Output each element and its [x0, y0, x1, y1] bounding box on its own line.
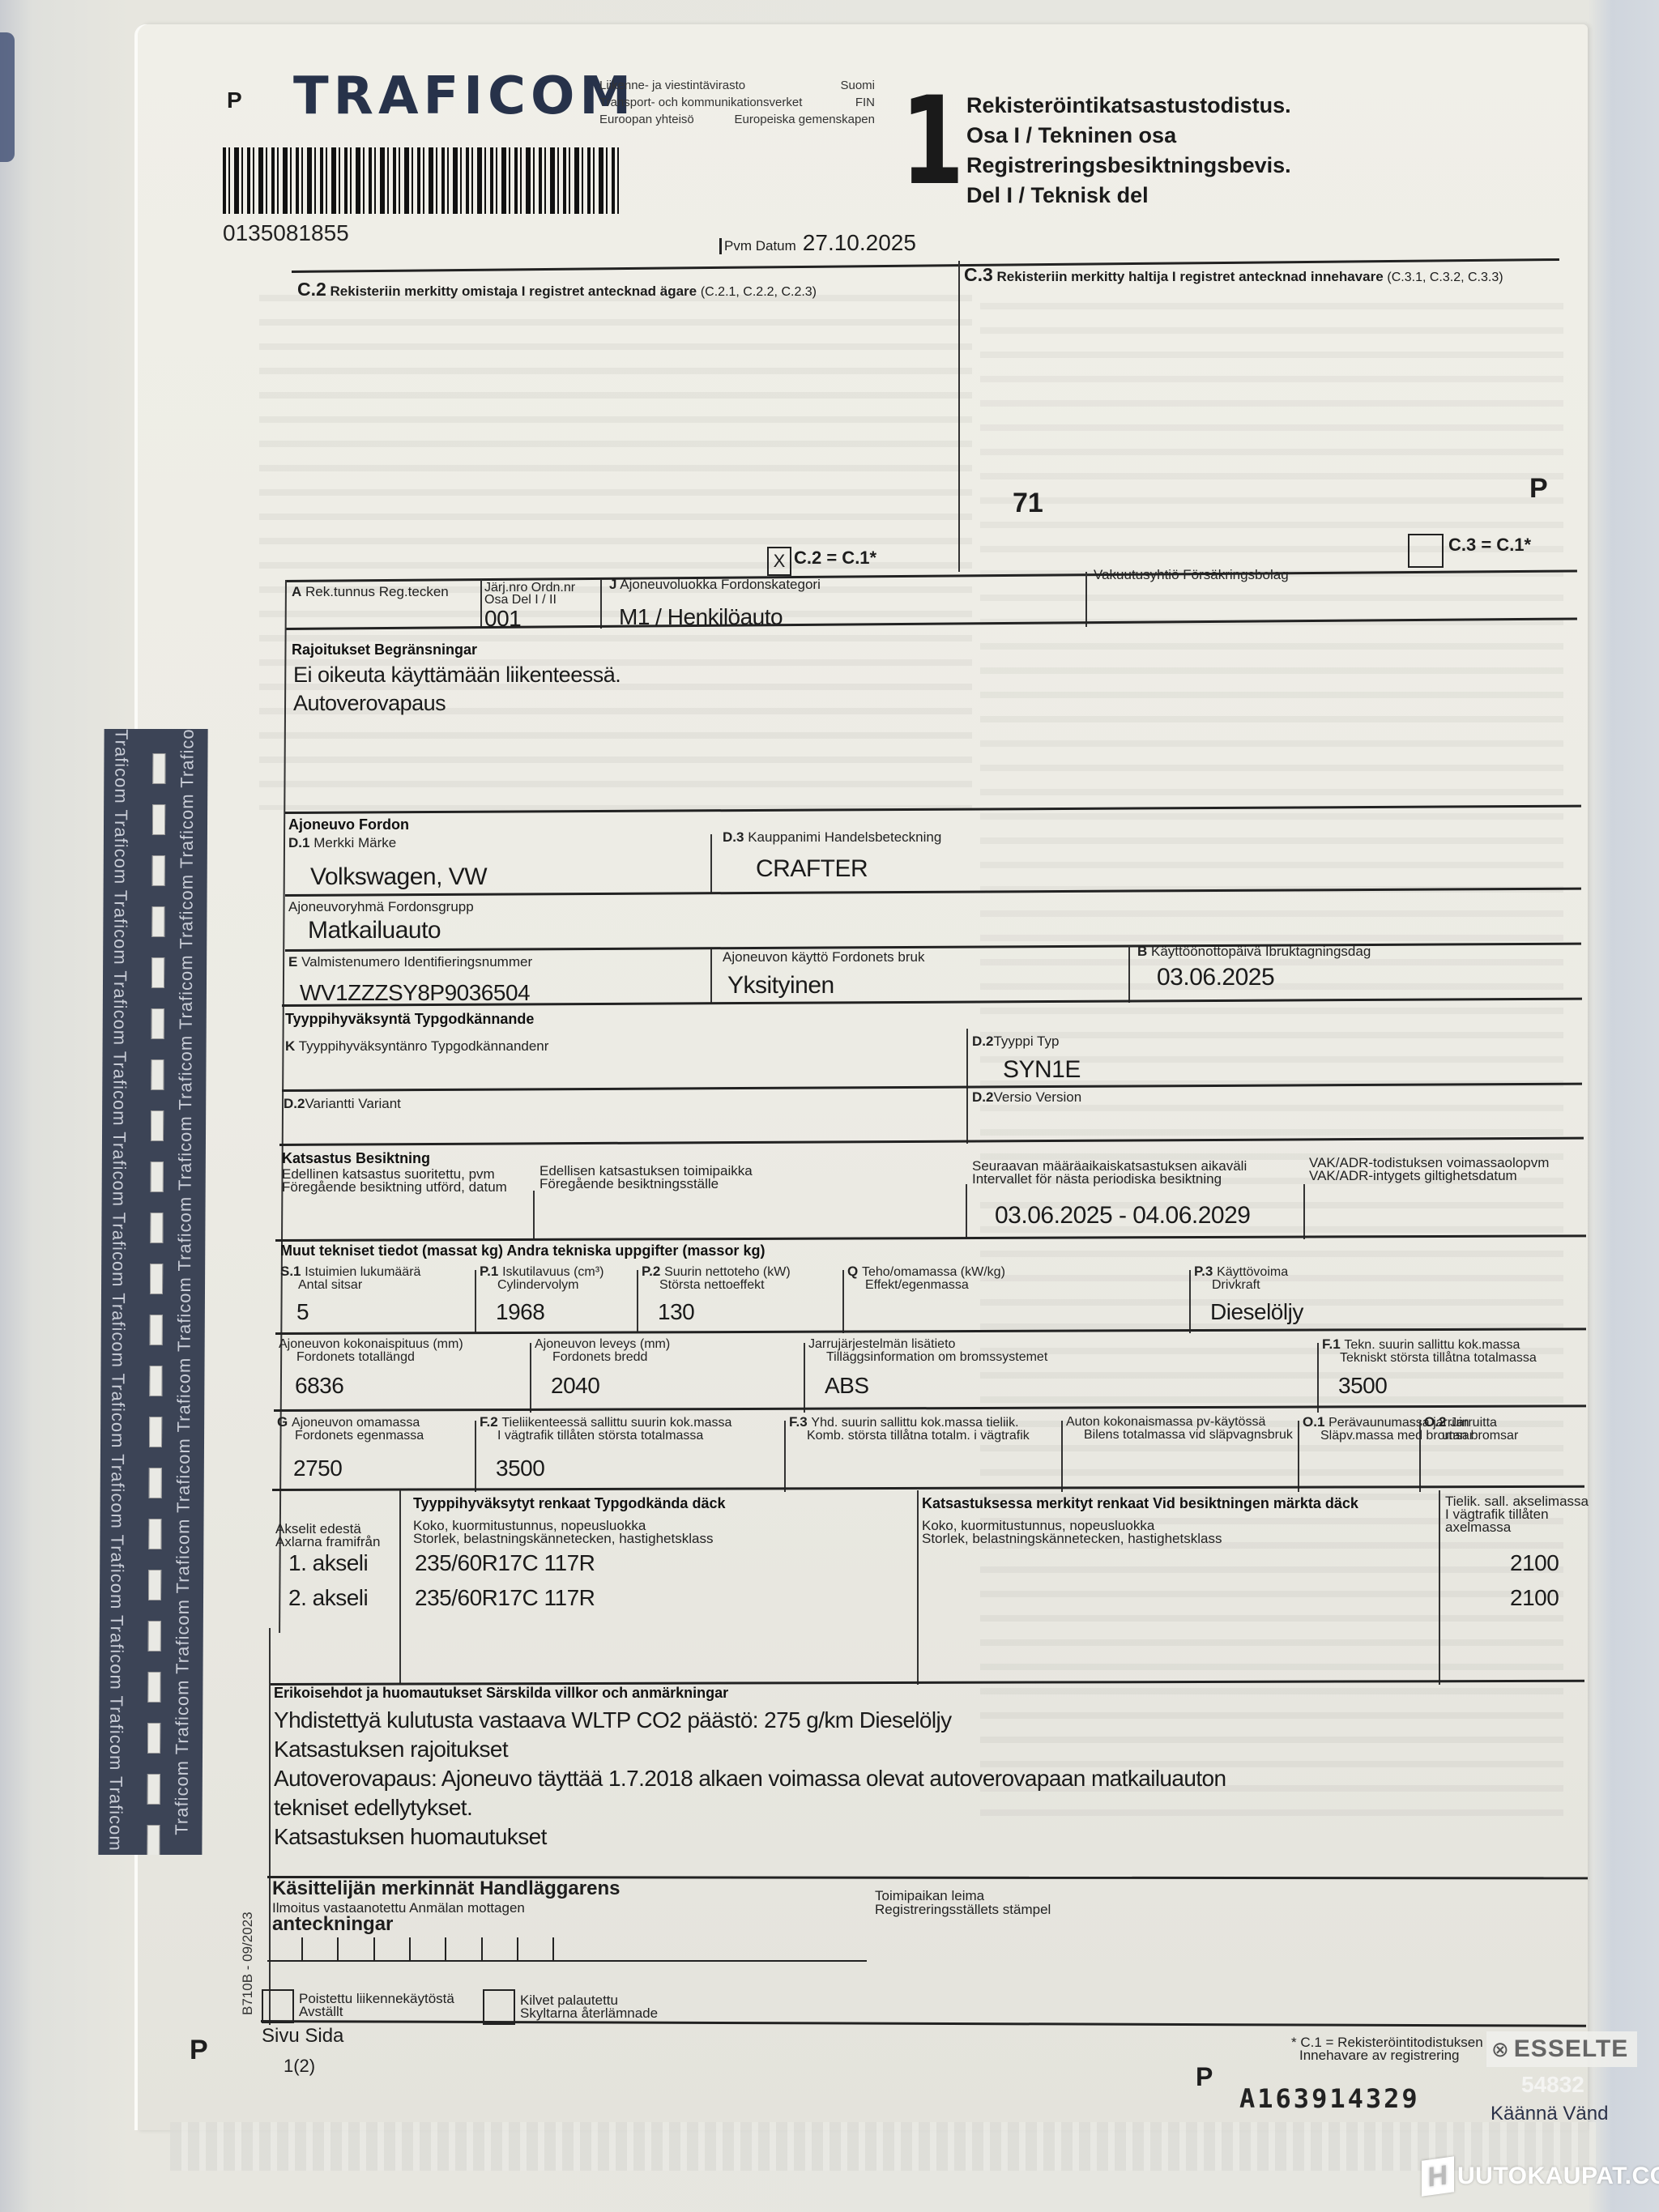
version-label-text: Versio Version [993, 1089, 1081, 1105]
divider [399, 1490, 401, 1685]
title-line-1: Rekisteröintikatsastustodistus. [966, 91, 1291, 121]
axle-mass-label: Tielik. sall. akselimassa I vägtrafik ti… [1445, 1495, 1589, 1534]
strip-perforation [151, 906, 164, 937]
strip-text: Traficom Traficom Traficom Traficom Traf… [104, 729, 131, 1852]
field-label-line-1: G Ajoneuvon omamassa [277, 1416, 424, 1430]
vehicle-group-label: Ajoneuvoryhmä Fordonsgrupp [288, 899, 474, 914]
field-label-line-2: Komb. största tillåtna totalm. i vägtraf… [789, 1430, 1030, 1443]
type-approval-number-label: K Tyyppihyväksyntänro Typgodkännandenr [285, 1038, 548, 1054]
field-label-line-2: Fordonets egenmassa [277, 1430, 424, 1443]
divider [1303, 1184, 1305, 1239]
d1-code: D.1 [288, 835, 309, 850]
field-label: P.1 Iskutilavuus (cm³)Cylindervolym [480, 1265, 603, 1292]
adr-label: VAK/ADR-todistuksen voimassaolopvm VAK/A… [1309, 1157, 1549, 1183]
field-label-line-2: Cylindervolym [480, 1279, 603, 1292]
divider [1085, 572, 1087, 627]
divider [710, 949, 712, 1004]
trade-name-value: CRAFTER [756, 855, 868, 883]
a-code: A [292, 584, 301, 599]
field-label: Auton kokonaismassa pv-käytössäBilens to… [1066, 1416, 1293, 1442]
serial-corner-mark: P [1196, 2062, 1213, 2092]
date-tick [517, 1937, 518, 1962]
field-label-line-2: Bilens totalmassa vid släpvagnsbruk [1066, 1429, 1293, 1442]
divider [966, 1184, 967, 1239]
received-date-line [267, 1960, 867, 1962]
strip-text: Traficom Traficom Traficom Traficom Traf… [171, 729, 198, 1835]
field-label-line-1: Ajoneuvon leveys (mm) [535, 1338, 670, 1351]
handler-title: Käsittelijän merkinnät Handläggarens [272, 1877, 620, 1900]
vin-label: E Valmistenumero Identifieringsnummer [288, 954, 532, 970]
first-use-date-value: 03.06.2025 [1157, 964, 1274, 991]
divider [600, 580, 602, 629]
variant-label: D.2Variantti Variant [284, 1096, 401, 1111]
field-value: 2750 [293, 1455, 342, 1481]
j-text: Ajoneuvoluokka Fordonskategori [620, 577, 821, 592]
restriction-line-1: Ei oikeuta käyttämään liikenteessä. [293, 663, 621, 688]
title-line-3: Registreringsbesiktningsbevis. [966, 151, 1291, 181]
field-label-line-1: Auton kokonaismassa pv-käytössä [1066, 1416, 1293, 1429]
ordn-label-1: Järj.nro Ordn.nr [484, 582, 575, 594]
field-code: O.1 [1303, 1414, 1328, 1430]
field-label-line-1: P.2 Suurin nettoteho (kW) [642, 1265, 791, 1279]
strip-perforation [151, 1059, 164, 1090]
divider [530, 1343, 531, 1413]
divider [637, 1270, 638, 1333]
type-value: SYN1E [1003, 1056, 1081, 1084]
c2-label: Rekisteriin merkitty omistaja I registre… [331, 283, 697, 299]
ordn-label-2: Osa Del I / II [484, 594, 575, 606]
divider [842, 1270, 844, 1333]
country-code: FIN [855, 94, 875, 111]
c2-sub: (C.2.1, C.2.2, C.2.3) [701, 285, 817, 299]
field-label-line-1: Ajoneuvon kokonaispituus (mm) [279, 1338, 463, 1351]
next-inspection-value: 03.06.2025 - 04.06.2029 [995, 1202, 1250, 1230]
divider [917, 1490, 919, 1685]
strip-perforation [152, 753, 165, 784]
approved-tyres-title: Tyyppihyväksytyt renkaat Typgodkända däc… [413, 1495, 725, 1511]
j-code: J [609, 577, 616, 592]
field-value: 3500 [496, 1455, 544, 1481]
strip-perforation [148, 1621, 161, 1652]
title-line-2: Osa I / Tekninen osa [966, 121, 1291, 151]
remark-line-5: Katsastuksen huomautukset [274, 1822, 1226, 1852]
divider [475, 1421, 476, 1492]
approved-tyre-size: 235/60R17C 117R [415, 1585, 595, 1611]
agency-name-sv: Transport- och kommunikationsverket [599, 94, 802, 111]
strip-perforation [150, 1213, 163, 1243]
inspected-sub-2: Storlek, belastningskännetecken, hastigh… [922, 1532, 1222, 1545]
field-label: Ajoneuvon leveys (mm)Fordonets bredd [535, 1338, 670, 1364]
remarks-text: Yhdistettyä kulutusta vastaava WLTP CO2 … [274, 1706, 1226, 1852]
holder-number: 71 [1013, 488, 1043, 519]
holder-corner-mark: P [1529, 473, 1548, 505]
date-tick [373, 1937, 375, 1962]
divider [710, 834, 712, 894]
type-label: D.2Tyyppi Typ [972, 1034, 1059, 1049]
strip-perforation [147, 1723, 160, 1754]
barcode [223, 147, 620, 214]
field-label-line-2: I vägtrafik tillåten största totalmassa [480, 1430, 731, 1443]
plates-returned-checkbox[interactable] [483, 1989, 515, 2025]
approved-sub-2: Storlek, belastningskännetecken, hastigh… [413, 1532, 713, 1545]
field-label-line-1: F.2 Tieliikenteessä sallittu suurin kok.… [480, 1416, 731, 1430]
prev-inspection-date-label: Edellinen katsastus suoritettu, pvm Före… [282, 1168, 507, 1194]
field-value: 2040 [551, 1373, 599, 1399]
strip-perforation [147, 1774, 160, 1805]
field-value: 130 [658, 1299, 694, 1325]
divider [533, 1191, 535, 1239]
field-value: 3500 [1338, 1373, 1387, 1399]
plates-label: Kilvet palautettu Skyltarna återlämnade [520, 1994, 658, 2020]
c2-equals-c1-checkbox[interactable]: X [767, 547, 791, 576]
field-label-line-1: O.2 Jarruitta [1424, 1416, 1518, 1430]
restrictions-label: Rajoitukset Begränsningar [292, 641, 477, 658]
prev-date-label-2: Föregående besiktning utförd, datum [282, 1181, 507, 1194]
e-code: E [288, 954, 297, 970]
form-left-border-lower [269, 1628, 271, 2025]
axle-mass: 2100 [1510, 1585, 1559, 1611]
prev-place-label-2: Föregående besiktningsställe [539, 1178, 753, 1191]
c2-code: C.2 [297, 279, 326, 300]
field-value: ABS [825, 1373, 869, 1399]
strip-perforation [150, 1264, 163, 1294]
field-label: Jarrujärjestelmän lisätietoTilläggsinfor… [808, 1338, 1047, 1364]
field-label: P.3 KäyttövoimaDrivkraft [1194, 1265, 1288, 1292]
d1-label: Merkki Märke [313, 835, 396, 850]
strip-perforation [147, 1672, 160, 1703]
divider [1189, 1270, 1191, 1333]
field-label: F.3 Yhd. suurin sallittu kok.massa tieli… [789, 1416, 1030, 1443]
serial-number: A163914329 [1239, 2083, 1420, 2114]
footnote-line-2: Innehavare av registrering [1291, 2049, 1483, 2062]
first-use-date-label: B Käyttöönottopäivä Ibruktagningsdag [1137, 944, 1371, 959]
field-code: P.1 [480, 1264, 502, 1279]
handler-title-2: anteckningar [272, 1913, 393, 1936]
date-tick [301, 1937, 303, 1962]
k-label: Tyyppihyväksyntänro Typgodkännandenr [299, 1038, 549, 1054]
c3-sub: (C.3.1, C.3.2, C.3.3) [1387, 271, 1503, 284]
variant-label-text: Variantti Variant [305, 1096, 400, 1111]
make-value: Volkswagen, VW [310, 863, 487, 891]
vehicle-use-label: Ajoneuvon käyttö Fordonets bruk [723, 949, 924, 965]
field-value: 1968 [496, 1299, 544, 1325]
field-label-line-1: Q Teho/omamassa (kW/kg) [847, 1265, 1005, 1279]
divider [1061, 1421, 1063, 1492]
field-code: P.2 [642, 1264, 664, 1279]
esselte-brand: ESSELTE [1514, 2035, 1628, 2063]
c3-equals-c1-label: C.3 = C.1* [1448, 535, 1531, 556]
esselte-number: 54832 [1521, 2072, 1584, 2098]
field-label-line-2: Tekniskt största tillåtna totalmassa [1322, 1352, 1537, 1365]
a-text: Rek.tunnus Reg.tecken [305, 584, 449, 599]
document-title: Rekisteröintikatsastustodistus. Osa I / … [966, 91, 1291, 211]
adr-label-2: VAK/ADR-intygets giltighetsdatum [1309, 1170, 1549, 1183]
title-line-4: Del I / Teknisk del [966, 181, 1291, 211]
field-label-line-1: S.1 Istuimien lukumäärä [280, 1265, 420, 1279]
field-label-line-2: Effekt/egenmassa [847, 1279, 1005, 1292]
axles-label-2: Axlarna framifrån [275, 1536, 380, 1549]
next-interval-label-2: Intervallet för nästa periodiska besiktn… [972, 1173, 1247, 1186]
divider [784, 1421, 786, 1492]
approved-tyres-sub: Koko, kuormitustunnus, nopeusluokka Stor… [413, 1519, 713, 1545]
date-label: Pvm Datum [719, 238, 796, 254]
restriction-line-2: Autoverovapaus [293, 691, 446, 716]
part-number: 1 [901, 81, 964, 202]
strip-perforation [151, 957, 164, 988]
divider [1128, 946, 1130, 1003]
divider [804, 1343, 805, 1413]
vehicle-category-label: J Ajoneuvoluokka Fordonskategori [609, 577, 821, 592]
inspected-tyres-sub: Koko, kuormitustunnus, nopeusluokka Stor… [922, 1519, 1222, 1545]
watermark: H UUTOKAUPAT.COM [1422, 2159, 1659, 2194]
strip-perforation [149, 1417, 162, 1447]
make-label: D.1 Merkki Märke [288, 835, 396, 850]
strip-perforation [151, 1161, 164, 1192]
esselte-sticker: ⊗ ESSELTE [1486, 2031, 1637, 2067]
field-label-line-2: Fordonets totallängd [279, 1351, 463, 1364]
field-label-line-1: P.1 Iskutilavuus (cm³) [480, 1265, 603, 1279]
stamp-label-1: Toimipaikan leima [875, 1889, 1051, 1903]
c3-equals-c1-checkbox[interactable] [1408, 534, 1444, 568]
traficom-security-strip: Traficom Traficom Traficom Traficom Traf… [98, 729, 207, 1855]
field-label: G Ajoneuvon omamassaFordonets egenmassa [277, 1416, 424, 1443]
type-approval-label: Tyyppihyväksyntä Typgodkännande [285, 1011, 534, 1027]
divider [1317, 1343, 1319, 1413]
inspection-label: Katsastus Besiktning [282, 1150, 430, 1166]
stamp-label-2: Registreringsställets stämpel [875, 1903, 1051, 1916]
esselte-logo-icon: ⊗ [1491, 2037, 1509, 2062]
date-value: 27.10.2025 [803, 230, 916, 256]
bleed-through-text [259, 283, 972, 810]
divider [475, 1270, 476, 1333]
type-label-text: Tyyppi Typ [993, 1034, 1059, 1049]
owner-heading: C.2 Rekisteriin merkitty omistaja I regi… [297, 279, 817, 300]
field-label-line-2: Största nettoeffekt [642, 1279, 791, 1292]
inspected-tyres-title: Katsastuksessa merkityt renkaat Vid besi… [922, 1495, 1358, 1511]
divider [480, 580, 482, 629]
vin-value: WV1ZZZSY8P9036504 [300, 980, 530, 1006]
remark-line-3: Autoverovapaus: Ajoneuvo täyttää 1.7.201… [274, 1764, 1226, 1793]
field-label-line-1: Jarrujärjestelmän lisätieto [808, 1338, 1047, 1351]
eu-fi: Euroopan yhteisö [599, 111, 694, 128]
insurance-label: Vakuutusyhtiö Försäkringsbolag [1094, 567, 1289, 582]
divider [1419, 1421, 1421, 1492]
order-number-label: Järj.nro Ordn.nr Osa Del I / II [484, 582, 575, 606]
field-label: O.2 Jarruittautan bromsar [1424, 1416, 1518, 1443]
stamp-label: Toimipaikan leima Registreringsställets … [875, 1889, 1051, 1916]
agency-info: Liikenne- ja viestintävirastoSuomi Trans… [599, 77, 875, 128]
field-code: F.2 [480, 1414, 501, 1430]
divider [1298, 1421, 1299, 1492]
date-tick [552, 1937, 554, 1962]
field-label-line-1: F.1 Tekn. suurin sallittu kok.massa [1322, 1338, 1537, 1352]
b-code: B [1137, 944, 1147, 959]
watermark-logo-icon: H [1422, 2156, 1454, 2197]
c3-label: Rekisteriin merkitty haltija I registret… [997, 269, 1384, 284]
field-code: F.1 [1322, 1336, 1344, 1352]
field-label-line-2: Tilläggsinformation om bromssystemet [808, 1351, 1047, 1364]
strip-perforation [150, 1315, 163, 1345]
field-value: 5 [296, 1299, 309, 1325]
date-tick [409, 1937, 411, 1962]
date-tick [481, 1937, 483, 1962]
next-inspection-label: Seuraavan määräaikaiskatsastuksen aikavä… [972, 1160, 1247, 1186]
remarks-label: Erikoisehdot ja huomautukset Särskilda v… [274, 1685, 728, 1701]
traficom-logo: TRAFICOM [293, 66, 636, 126]
field-code: Q [847, 1264, 862, 1279]
footer-corner-mark: P [190, 2035, 208, 2066]
footnote: * C.1 = Rekisteröintitodistuksen Innehav… [1291, 2036, 1483, 2062]
field-label-line-2: utan bromsar [1424, 1430, 1518, 1443]
field-label: F.2 Tieliikenteessä sallittu suurin kok.… [480, 1416, 731, 1443]
d3-label: Kauppanimi Handelsbeteckning [748, 829, 941, 845]
prev-inspection-place-label: Edellisen katsastuksen toimipaikka Föreg… [539, 1165, 753, 1191]
strip-perforation [148, 1519, 161, 1549]
field-label: Q Teho/omamassa (kW/kg)Effekt/egenmassa [847, 1265, 1005, 1292]
holder-heading: C.3 Rekisteriin merkitty haltija I regis… [964, 264, 1503, 286]
field-label: F.1 Tekn. suurin sallittu kok.massaTekni… [1322, 1338, 1537, 1365]
c3-code: C.3 [964, 264, 993, 285]
field-label: S.1 Istuimien lukumääräAntal sitsar [280, 1265, 420, 1292]
field-label-line-2: Antal sitsar [280, 1279, 420, 1292]
field-label-line-1: P.3 Käyttövoima [1194, 1265, 1288, 1279]
remark-line-4: tekniset edellytykset. [274, 1793, 1226, 1822]
strip-perforation [149, 1468, 162, 1498]
remark-line-2: Katsastuksen rajoitukset [274, 1735, 1226, 1764]
field-code: O.2 [1424, 1414, 1450, 1430]
removed-from-traffic-checkbox[interactable] [262, 1989, 294, 2023]
background-object-left [0, 32, 15, 162]
eu-sv: Europeiska gemenskapen [735, 111, 875, 128]
k-code: K [285, 1038, 295, 1054]
date-tick [445, 1937, 446, 1962]
vehicle-group-value: Matkailuauto [308, 917, 441, 944]
axle-name: 1. akseli [288, 1550, 368, 1576]
divider [1439, 1490, 1440, 1685]
country-fi: Suomi [840, 77, 875, 94]
field-label-line-1: F.3 Yhd. suurin sallittu kok.massa tieli… [789, 1416, 1030, 1430]
b-label: Käyttöönottopäivä Ibruktagningsdag [1151, 944, 1371, 959]
field-value: Dieselöljy [1210, 1299, 1303, 1325]
barcode-number: 0135081855 [223, 220, 349, 246]
field-label: P.2 Suurin nettoteho (kW)Största nettoef… [642, 1265, 791, 1292]
field-label-line-2: Fordonets bredd [535, 1351, 670, 1364]
corner-mark: P [227, 87, 242, 113]
c2-equals-c1-label: C.2 = C.1* [794, 548, 876, 569]
axle-mass: 2100 [1510, 1550, 1559, 1576]
turn-page-label: Käännä Vänd [1491, 2103, 1608, 2125]
page-label: Sivu Sida [262, 2025, 343, 2048]
d3-code: D.3 [723, 829, 744, 845]
owner-holder-divider [958, 261, 960, 572]
paper-stack-edge [170, 2122, 1596, 2171]
removed-label: Poistettu liikennekäytöstä Avställt [299, 1993, 454, 2018]
strip-perforation [151, 1110, 164, 1141]
vehicle-section-label: Ajoneuvo Fordon [288, 816, 409, 833]
plates-label-2: Skyltarna återlämnade [520, 2007, 658, 2020]
field-code: P.3 [1194, 1264, 1217, 1279]
axles-label: Akselit edestä Axlarna framifrån [275, 1523, 380, 1549]
watermark-text: UUTOKAUPAT.COM [1457, 2163, 1659, 2190]
strip-perforation [152, 855, 165, 886]
trade-name-label: D.3 Kauppanimi Handelsbeteckning [723, 829, 941, 845]
reg-number-label: A Rek.tunnus Reg.tecken [292, 584, 449, 599]
remark-line-1: Yhdistettyä kulutusta vastaava WLTP CO2 … [274, 1706, 1226, 1735]
removed-label-2: Avställt [299, 2005, 454, 2018]
date-tick [337, 1937, 339, 1962]
strip-perforation [149, 1366, 162, 1396]
page-value: 1(2) [284, 2056, 315, 2077]
field-label: Ajoneuvon kokonaispituus (mm)Fordonets t… [279, 1338, 463, 1364]
field-code: S.1 [280, 1264, 305, 1279]
form-code: B710B - 09/2023 [240, 1912, 256, 2015]
variant-code: D.2 [284, 1096, 305, 1111]
strip-perforation [147, 1825, 160, 1855]
field-value: 6836 [295, 1373, 343, 1399]
strip-perforation [152, 804, 165, 835]
e-label: Valmistenumero Identifieringsnummer [301, 954, 532, 970]
strip-perforation [148, 1570, 161, 1600]
axle-name: 2. akseli [288, 1585, 368, 1611]
issue-date: Pvm Datum 27.10.2025 [719, 230, 916, 256]
agency-name-fi: Liikenne- ja viestintävirasto [599, 77, 745, 94]
strip-perforation [151, 1008, 164, 1039]
axle-mass-label-3: axelmassa [1445, 1521, 1589, 1534]
vehicle-use-value: Yksityinen [727, 972, 834, 999]
version-code: D.2 [972, 1089, 993, 1105]
field-code: G [277, 1414, 292, 1430]
field-label-line-2: Drivkraft [1194, 1279, 1288, 1292]
approved-tyre-size: 235/60R17C 117R [415, 1550, 595, 1576]
technical-section-label: Muut tekniset tiedot (massat kg) Andra t… [280, 1242, 765, 1259]
type-code: D.2 [972, 1034, 993, 1049]
field-code: F.3 [789, 1414, 811, 1430]
version-label: D.2Versio Version [972, 1089, 1081, 1105]
